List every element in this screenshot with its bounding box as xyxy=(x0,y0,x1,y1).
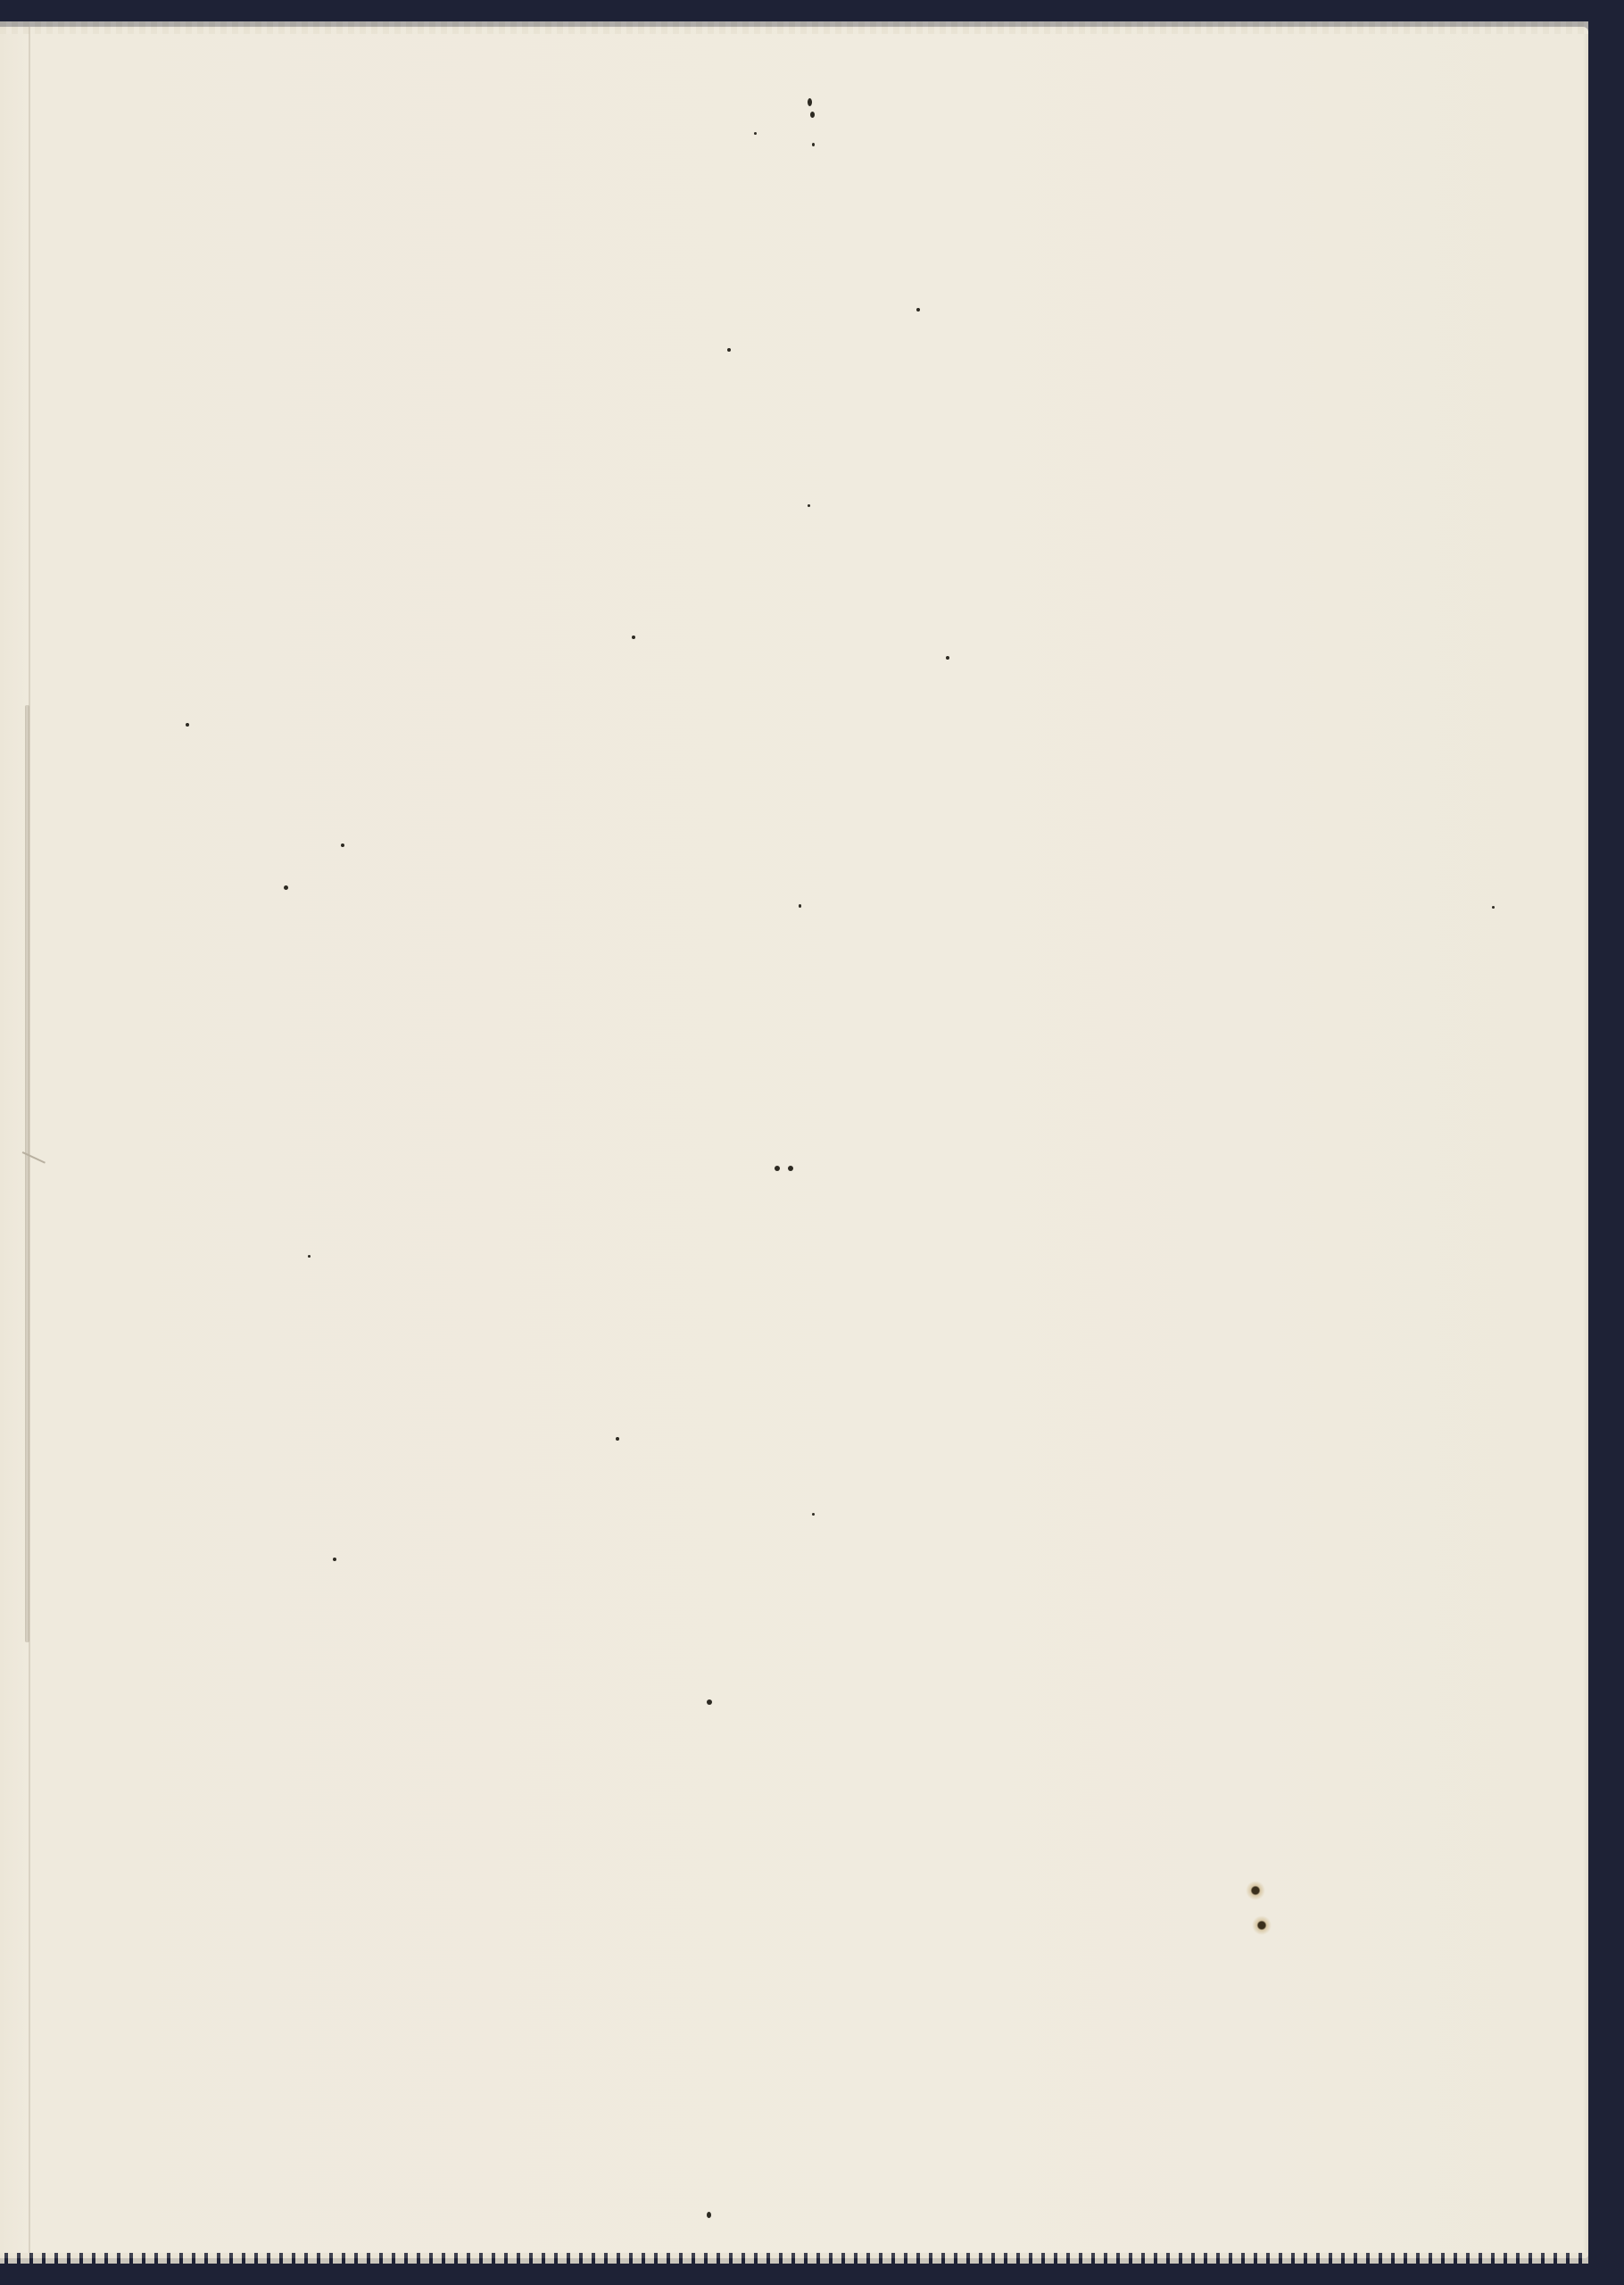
speck-mark xyxy=(808,504,810,507)
speck-mark xyxy=(808,98,812,106)
speck-mark xyxy=(333,1558,336,1561)
speck-mark xyxy=(810,112,815,118)
speck-mark xyxy=(632,636,635,639)
paper-page xyxy=(0,27,1588,2258)
speck-mark xyxy=(775,1166,780,1171)
speck-mark xyxy=(1492,906,1495,909)
speck-mark xyxy=(186,723,189,727)
speck-mark xyxy=(707,1699,712,1705)
foxing-spot xyxy=(1246,1881,1265,1900)
speck-mark xyxy=(946,656,949,660)
speck-mark xyxy=(727,348,731,352)
speck-mark xyxy=(754,132,757,135)
foxing-spot xyxy=(1252,1915,1272,1935)
speck-mark xyxy=(341,843,344,847)
speck-mark xyxy=(916,308,920,312)
speck-mark xyxy=(707,2212,711,2218)
speck-mark xyxy=(616,1437,619,1441)
speck-mark xyxy=(284,885,288,890)
speck-mark xyxy=(788,1166,793,1171)
speck-mark xyxy=(812,1513,815,1516)
speck-mark xyxy=(799,904,801,908)
binding-knot xyxy=(15,1151,46,1178)
speck-mark xyxy=(812,143,815,146)
speck-mark xyxy=(308,1255,311,1258)
